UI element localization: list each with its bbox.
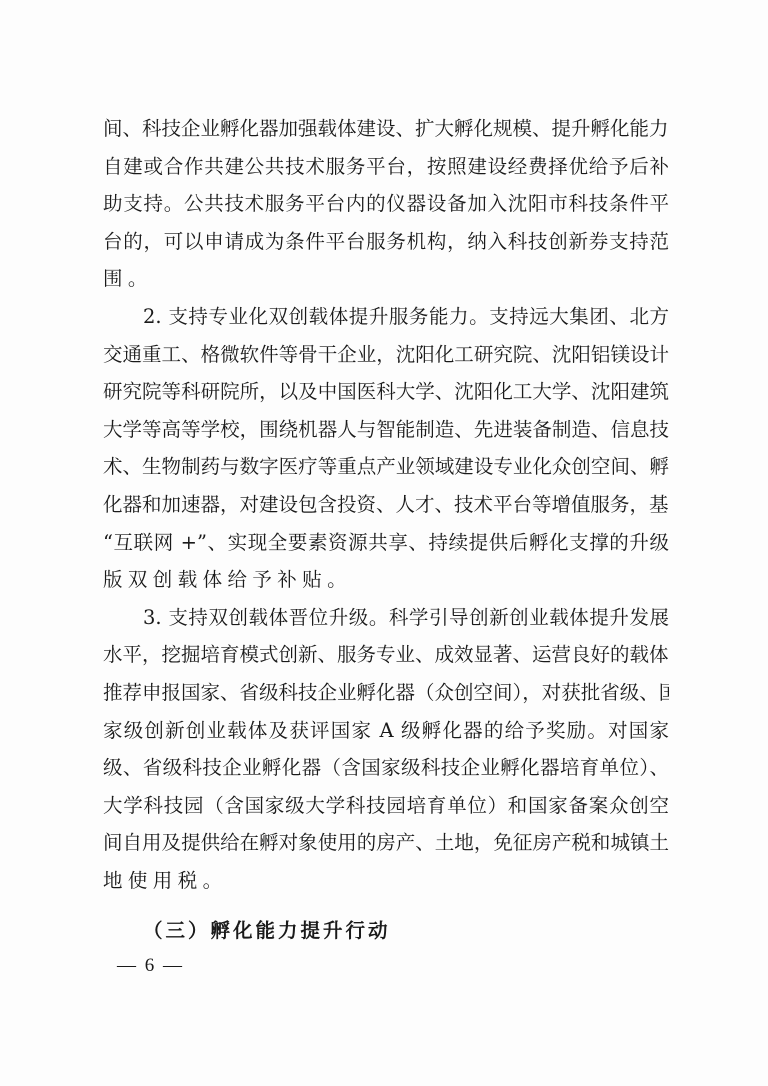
text-line: 3. 支持双创载体晋位升级。科学引导创新创业载体提升发展 (103, 599, 669, 637)
text-line: 级、省级科技企业孵化器（含国家级科技企业孵化器培育单位）、 (103, 749, 669, 787)
page-number: — 6 — (117, 952, 184, 980)
text-line: 围。 (103, 260, 669, 298)
text-line: 研究院等科研院所，以及中国医科大学、沈阳化工大学、沈阳建筑 (103, 373, 669, 411)
text-line: 家级创新创业载体及获评国家 A 级孵化器的给予奖励。对国家 (103, 712, 669, 750)
paragraph-item-3: 3. 支持双创载体晋位升级。科学引导创新创业载体提升发展 水平，挖掘培育模式创新… (103, 599, 669, 900)
section-heading: （三）孵化能力提升行动 (143, 913, 391, 949)
text-line: 间、科技企业孵化器加强载体建设、扩大孵化规模、提升孵化能力， (103, 110, 669, 148)
text-line: 交通重工、格微软件等骨干企业，沈阳化工研究院、沈阳铝镁设计 (103, 336, 669, 374)
text-line: 台的，可以申请成为条件平台服务机构，纳入科技创新券支持范 (103, 223, 669, 261)
text-line: 自建或合作共建公共技术服务平台，按照建设经费择优给予后补 (103, 148, 669, 186)
text-line: 大学科技园（含国家级大学科技园培育单位）和国家备案众创空 (103, 787, 669, 825)
text-line: 2. 支持专业化双创载体提升服务能力。支持远大集团、北方 (103, 298, 669, 336)
text-line: 间自用及提供给在孵对象使用的房产、土地，免征房产税和城镇土 (103, 824, 669, 862)
paragraph-item-2: 2. 支持专业化双创载体提升服务能力。支持远大集团、北方 交通重工、格微软件等骨… (103, 298, 669, 599)
text-line: 水平，挖掘培育模式创新、服务专业、成效显著、运营良好的载体， (103, 636, 669, 674)
text-line: 推荐申报国家、省级科技企业孵化器（众创空间），对获批省级、国 (103, 674, 669, 712)
text-line: 术、生物制药与数字医疗等重点产业领域建设专业化众创空间、孵 (103, 448, 669, 486)
text-line: 化器和加速器，对建设包含投资、人才、技术平台等增值服务，基于 (103, 486, 669, 524)
text-line: 地使用税。 (103, 862, 669, 900)
text-line: 版双创载体给予补贴。 (103, 561, 669, 599)
paragraph-continued: 间、科技企业孵化器加强载体建设、扩大孵化规模、提升孵化能力， 自建或合作共建公共… (103, 110, 669, 298)
document-body: 间、科技企业孵化器加强载体建设、扩大孵化规模、提升孵化能力， 自建或合作共建公共… (103, 110, 669, 899)
document-page: 间、科技企业孵化器加强载体建设、扩大孵化规模、提升孵化能力， 自建或合作共建公共… (0, 0, 768, 1086)
text-line: “互联网 +”、实现全要素资源共享、持续提供后孵化支撑的升级 (103, 524, 669, 562)
text-line: 大学等高等学校，围绕机器人与智能制造、先进装备制造、信息技 (103, 411, 669, 449)
text-line: 助支持。公共技术服务平台内的仪器设备加入沈阳市科技条件平 (103, 185, 669, 223)
